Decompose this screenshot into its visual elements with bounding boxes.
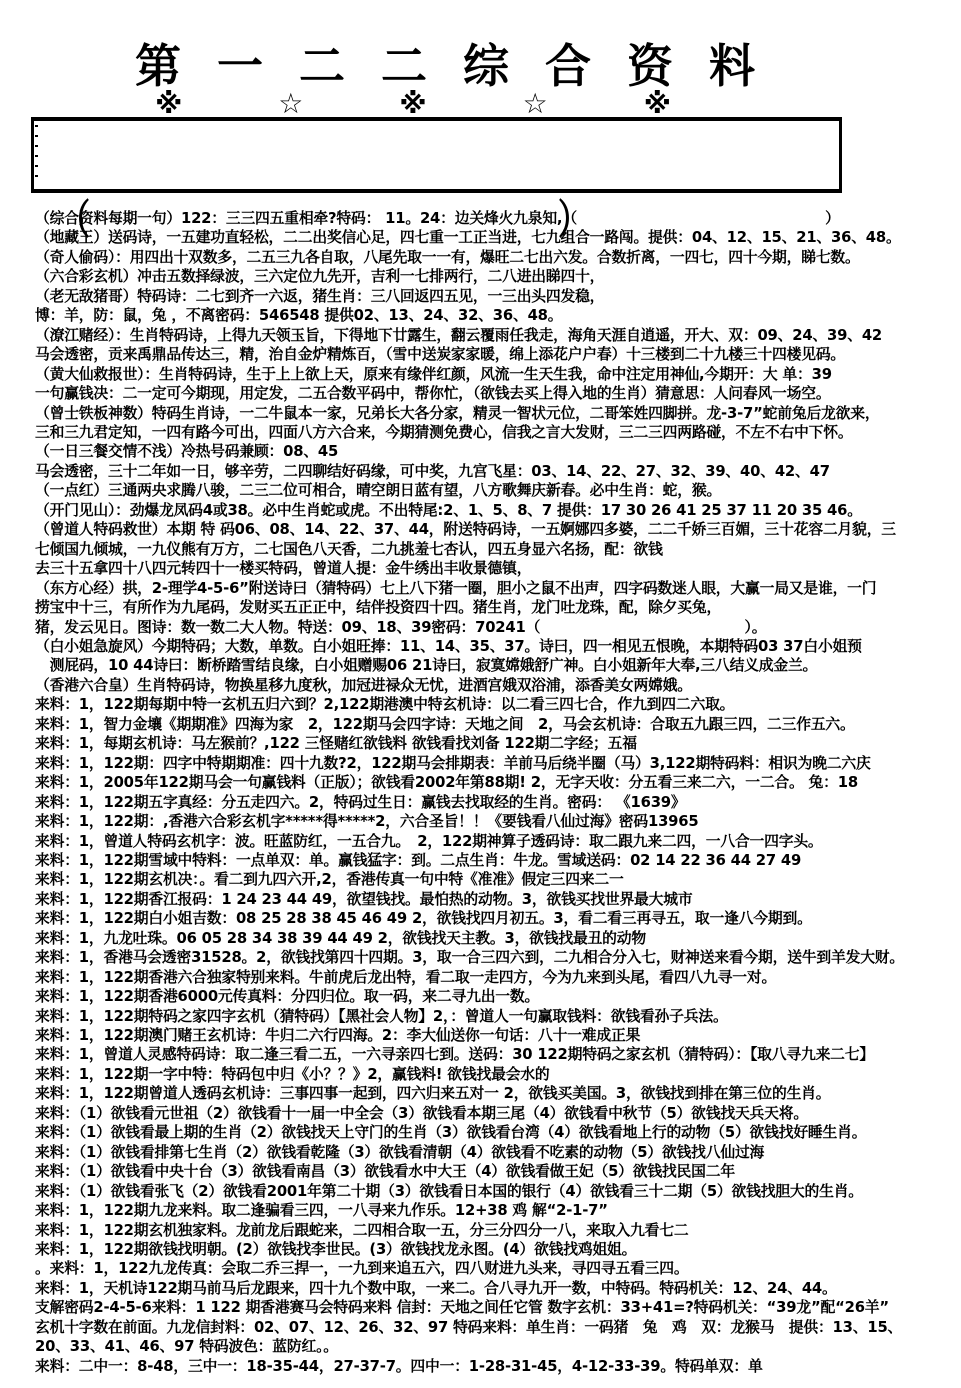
text-line-51: 来料：（1）欲钱看张飞（2）欲钱看2001年第二十期（3）欲钱看日本国的银行（4…: [35, 1182, 957, 1201]
text-line-27: 来料：1，智力金壤《期期准》四海为家 2，122期马会四字诗：天地之间 2，马会…: [35, 715, 957, 734]
text-line-34: 来料：1，122期雪域中特料：一点单双：单。赢钱猛字：到。二点生肖：牛龙。雪域送…: [35, 851, 957, 870]
text-line-3: （奇人偷码）：用四出十双数多，二五三九各自取，八尾先取一一有，爆旺二七出六发。合…: [35, 248, 957, 267]
text-line-7: （潦江赌经）：生肖特码诗，上得九天领玉旨，下得地下廿露生，翻云覆雨任我走，海角天…: [35, 326, 957, 345]
text-line-14: 马会透密，三十二年如一日，够辛劳，二四聊结好码缘，可中奖，九宫飞星：03、14、…: [35, 462, 957, 481]
text-line-20: （东方心经）拱，2-理学4-5-6”附送诗曰（猜特码）七上八下猪一圈，胆小之鼠不…: [35, 579, 957, 598]
text-line-4: （六合彩玄机）冲击五数择绿波，三六定位九先开，吉利一七排两行，二八进出睇四十，: [35, 267, 957, 286]
text-line-28: 来料：1，每期玄机诗：马左猴前？,122 三怪赌红欲钱料 欲钱看找刘备 122期…: [35, 734, 957, 753]
text-line-58: 玄机十字数在前面。九龙信封料：02、07、12、26、32、97 特码来料：单生…: [35, 1318, 957, 1337]
text-line-9: （黄大仙救报世）：生肖特码诗，生于上上欲上天，原来有缘伴红颜，风流一生天生我，命…: [35, 365, 957, 384]
text-line-22: 猪，发云见日。图诗：数一数二大人物。特送：09、18、39密码：70241（ ）…: [35, 618, 957, 637]
text-line-10: 一句赢钱决：二一定可今期现，用定发，二五合数平码中，帮你忙，（欲钱去买上得入地的…: [35, 384, 957, 403]
text-line-55: 。来料：1，122九龙传真：会取二乔三捍一，一九到来追五六，四八财进九头来，寻四…: [35, 1259, 957, 1278]
text-line-17: （曾道人特码救世）本期 特 码06、08、14、22、37、44，附送特码诗，一…: [35, 520, 957, 539]
text-line-5: （老无敌猪哥）特码诗：二七到齐一六返，猪生肖：三八回返四五见，一三出头四发稳，: [35, 287, 957, 306]
text-line-2: （地藏王）送码诗，一五建功直轻松，二二出奖信心足，四七重一工正当进，七九组合一路…: [35, 228, 957, 247]
text-line-40: 来料：1，122期香港六合独家特别来料。牛前虎后龙出特，看二取一走四方，今为九来…: [35, 968, 957, 987]
text-line-36: 来料：1，122期香江报码：1 24 23 44 49，欲望钱找。最怕热的动物。…: [35, 890, 957, 909]
text-line-42: 来料：1，122期特码之家四字玄机（猜特码）【黑社会人物】2，：曾道人一句赢取钱…: [35, 1007, 957, 1026]
text-line-32: 来料：1，122期：,香港六合彩玄机字*****得*****2，六合圣旨！！《要…: [35, 812, 957, 831]
text-line-24: 测屁码，10 44诗曰：断桥踏雪结良缘，白小姐赠赐06 21诗曰，寂寞嫦娥舒广神…: [35, 656, 957, 675]
decorative-star-symbols: ※ ☆ ※ ☆ ※: [0, 82, 860, 122]
text-line-56: 来料：1，天机诗122期马前马后龙跟来，四十九个数中取，一来二。合八寻九开一数，…: [35, 1279, 957, 1298]
text-line-53: 来料：1，122期玄机独家料。龙前龙后跟蛇来，二四相合取一五，分三分四分一八，来…: [35, 1221, 957, 1240]
text-line-54: 来料：1，122期欲钱找明朝。(2）欲钱找李世民。(3）欲钱找龙永图。(4）欲钱…: [35, 1240, 957, 1259]
box-edge-ticks: [35, 125, 38, 183]
text-line-60: 来料：二中一：8-48，三中一：18-35-44，27-37-7。四中一：1-2…: [35, 1357, 957, 1376]
text-line-39: 来料：1，香港马会透密31528。2，欲钱找第四十四期。3，取一合三四六到，二九…: [35, 948, 957, 967]
content-lines: （综合资料每期一句）122：三三四五重相牵?特码： 11。24：边关烽火九泉知,…: [35, 209, 957, 1376]
text-line-11: （曾士铁板神数）特码生肖诗，一二牛鼠本一家，兄弟长大各分家，精灵一智状元位，二哥…: [35, 404, 957, 423]
text-line-37: 来料：1，122期白小姐吉数：08 25 28 38 45 46 49 2，欲钱…: [35, 909, 957, 928]
text-line-30: 来料：1，2005年122期马会一句赢钱料（正版）；欲钱看2002年第88期! …: [35, 773, 957, 792]
text-line-38: 来料：1，九龙吐珠。06 05 28 34 38 39 44 49 2，欲钱找天…: [35, 929, 957, 948]
text-line-15: （一点红）三通两央求腾八骏，二三二位可相合，晴空朗日蓝有望，八方歌舞庆新春。必中…: [35, 481, 957, 500]
text-line-8: 马会透密，贡来禹鼎品传达三，精，治自金炉精炼百，（雪中送炭家家暖，绵上添花户户春…: [35, 345, 957, 364]
text-line-52: 来料：1，122期九龙来料。取二逢骗看三四，一八寻来九作乐。12+38 鸡 解“…: [35, 1201, 957, 1220]
text-line-16: （开门见山）：劲爆龙凤码4或38。必中生肖蛇或虎。不出特尾:2、1、5、8、7 …: [35, 501, 957, 520]
text-line-12: 三和三九君定知，一四有路今可出，四面八方六合来，今期猜测免费心，信我之言大发财，…: [35, 423, 957, 442]
text-line-43: 来料：1，122期澳门赌王玄机诗：牛归二六行四海。2：李大仙送你一句话：八十一难…: [35, 1026, 957, 1045]
text-line-13: （一日三餐交情不浅）冷热号码兼顾：08、45: [35, 442, 957, 461]
text-line-23: （白小姐急旋风）今期特码；大数，单数。白小姐旺捧：11、14、35、37。诗曰，…: [35, 637, 957, 656]
text-line-21: 捞宝中十三，有所作为九尾码，发财买五正正中，结伴投资四十四。猪生肖，龙门吐龙珠，…: [35, 598, 957, 617]
empty-header-box: [31, 117, 842, 193]
text-line-45: 来料：1，122期一字中特：特码包中归《小？？》2，赢钱料! 欲钱找最会水的: [35, 1065, 957, 1084]
text-line-44: 来料：1，曾道人灵感特码诗：取二逢三看二五，一六寻亲四七到。送码：30 122期…: [35, 1045, 957, 1064]
text-line-25: （香港六合皇）生肖特码诗，物换星移九度秋，加冠进禄众无忧，进酒宫娥双浴浦，添香美…: [35, 676, 957, 695]
text-line-18: 七倾国九倾城，一九仪熊有万方，二七国色八天香，二九挑羞七杏认，四五身显六名扬，配…: [35, 540, 957, 559]
text-line-46: 来料：1，122期曾道人透码玄机诗：三事四事一起到，四六归来五对一 2，欲钱买美…: [35, 1084, 957, 1103]
text-line-26: 来料：1，122期每期中特一玄机五归六到？2,122期港澳中特玄机诗：以二看三四…: [35, 695, 957, 714]
text-line-57: 支解密码2-4-5-6来料：1 122 期香港赛马会特码来料 信封：天地之间任它…: [35, 1298, 957, 1317]
text-line-48: 来料：（1）欲钱看最上期的生肖（2）欲钱找天上守门的生肖（3）欲钱看台湾（4）欲…: [35, 1123, 957, 1142]
text-line-49: 来料：（1）欲钱看排第七生肖（2）欲钱看乾隆（3）欲钱看清朝（4）欲钱看不吃素的…: [35, 1143, 957, 1162]
text-line-6: 博：羊，防：鼠，兔 ，不离密码：546548 提供02、13、24、32、36、…: [35, 306, 957, 325]
text-line-33: 来料：1，曾道人特码玄机字：波。旺蓝防红，一五合九。 2，122期神算子透码诗：…: [35, 832, 957, 851]
text-line-50: 来料：（1）欲钱看中央十台（3）欲钱看南昌（3）欲钱看水中大王（4）欲钱看做王妃…: [35, 1162, 957, 1181]
text-line-59: 20、33、41、46、97 特码波色：蓝防红。。: [35, 1337, 957, 1356]
text-line-1: （综合资料每期一句）122：三三四五重相牵?特码： 11。24：边关烽火九泉知,…: [35, 209, 957, 228]
text-line-31: 来料：1，122期五字真经：分五走四六。2，特码过生日：赢钱去找取经的生肖。密码…: [35, 793, 957, 812]
text-line-35: 来料：1，122期玄机决：。看二到九四六开,2，香港传真一句中特《准准》假定三四…: [35, 870, 957, 889]
text-line-47: 来料：（1）欲钱看元世祖（2）欲钱看十一届一中全会（3）欲钱看本期三尾（4）欲钱…: [35, 1104, 957, 1123]
text-line-41: 来料：1，122期香港6000元传真料：分四归位。取一码，来二寻九出一数。: [35, 987, 957, 1006]
text-line-19: 去三十五拿四十八四元转四十一楼买特码，曾道人提：金牛绣出丰收景德镇，: [35, 559, 957, 578]
text-line-29: 来料：1，122期：四字中特期期准：四十九数?2，122期马会排期表：羊前马后绕…: [35, 754, 957, 773]
